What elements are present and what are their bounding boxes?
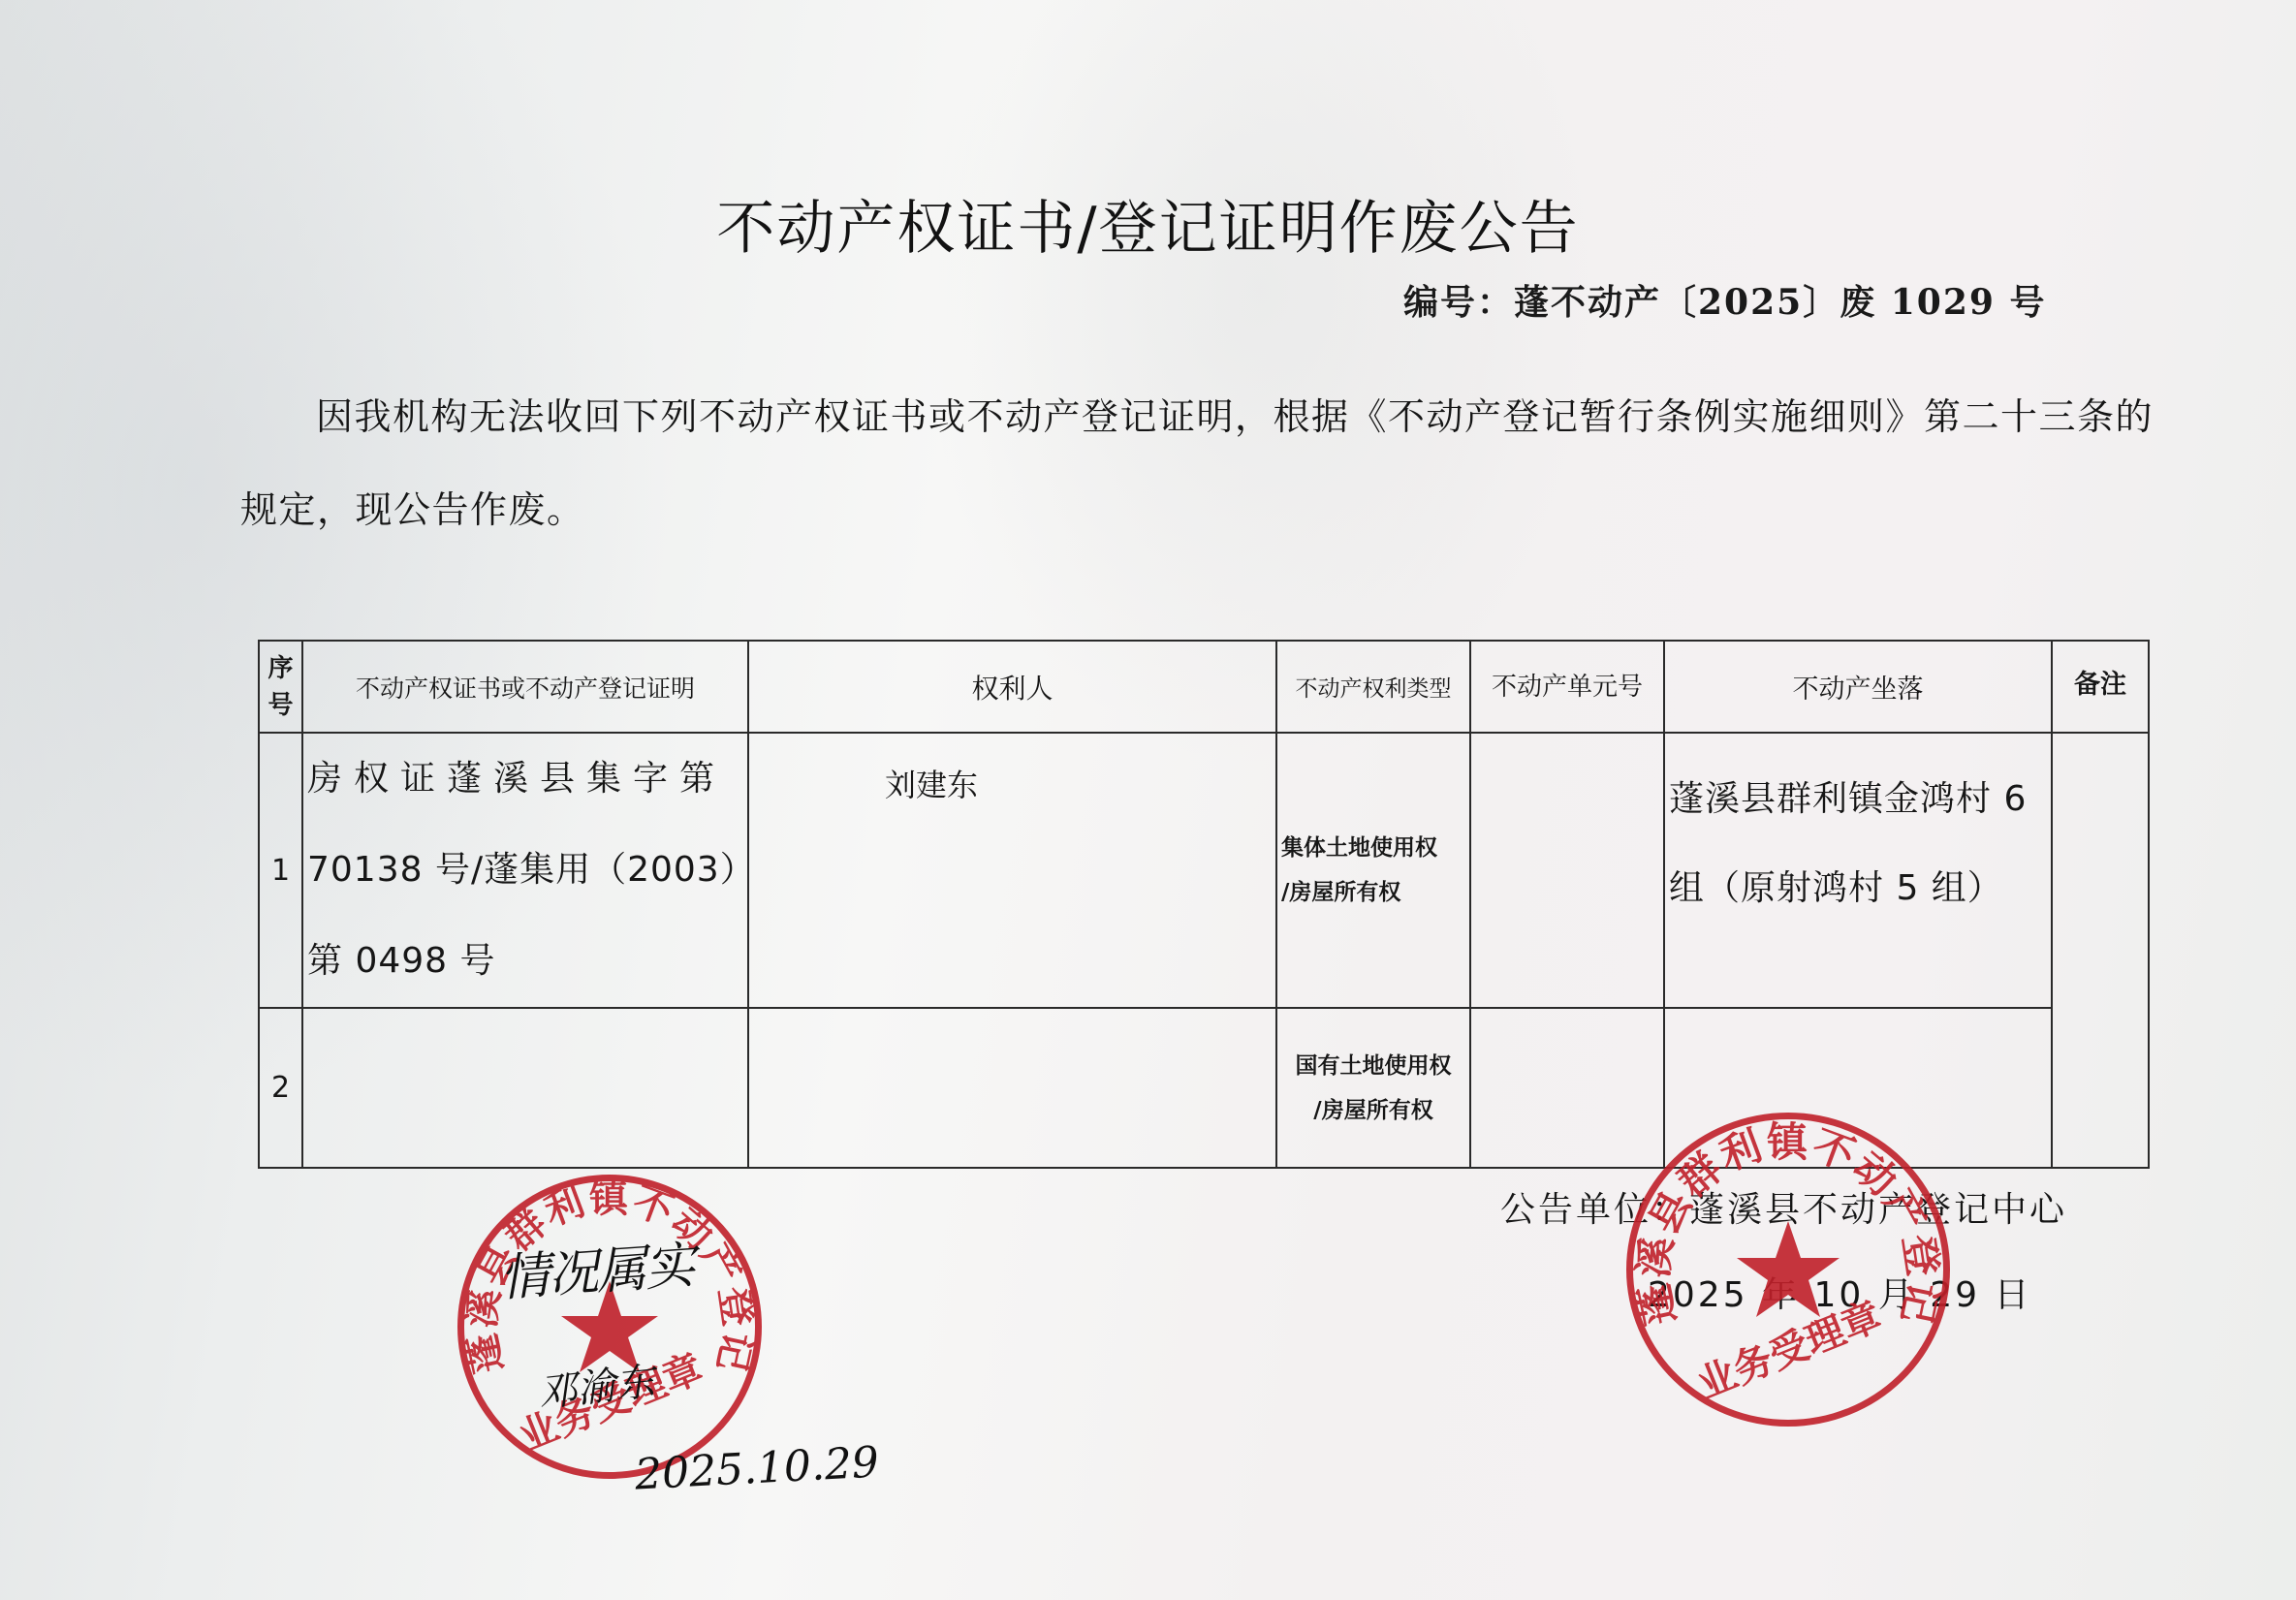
- table-row: 1 房权证蓬溪县集字第 70138 号/蓬集用（2003） 第 0498 号 刘…: [259, 733, 2149, 1008]
- row2-right-type-line1: 国有土地使用权: [1277, 1044, 1469, 1088]
- header-seq-text: 序号: [267, 650, 296, 724]
- header-seq: 序号: [259, 641, 302, 733]
- row1-location: 蓬溪县群利镇金鸿村 6 组（原射鸿村 5 组）: [1664, 733, 2052, 1008]
- row2-right-type: 国有土地使用权 /房屋所有权: [1276, 1008, 1470, 1168]
- header-certificate: 不动产权证书或不动产登记证明: [302, 641, 748, 733]
- title-text: 不动产权证书/登记证明作废公告: [716, 195, 1579, 263]
- row1-certificate-line3: 第 0498 号: [307, 916, 747, 1007]
- notice-paragraph: 因我机构无法收回下列不动产权证书或不动产登记证明，根据《不动产登记暂行条例实施细…: [240, 370, 2179, 556]
- table-header-row: 序号 不动产权证书或不动产登记证明 权利人 不动产权利类型 不动产单元号 不动产…: [259, 641, 2149, 733]
- row1-location-line2: 组（原射鸿村 5 组）: [1669, 844, 2051, 933]
- official-seal-right: 蓬溪县群利镇不动产登记 业务受理章: [1626, 1113, 1950, 1427]
- row2-holder: [748, 1008, 1276, 1168]
- row1-certificate-line2: 70138 号/蓬集用（2003）: [307, 825, 747, 916]
- row1-seq: 1: [259, 733, 302, 1008]
- row2-right-type-line2: /房屋所有权: [1277, 1088, 1469, 1133]
- header-location: 不动产坐落: [1664, 641, 2052, 733]
- row1-right-type-line1: 集体土地使用权: [1281, 826, 1469, 870]
- handwritten-note: 情况属实: [497, 1224, 696, 1310]
- row2-certificate: [302, 1008, 748, 1168]
- header-holder: 权利人: [748, 641, 1276, 733]
- row2-seq: 2: [259, 1008, 302, 1168]
- header-unit-no: 不动产单元号: [1470, 641, 1664, 733]
- remark-cell: [2052, 733, 2149, 1168]
- page-title: 不动产权证书/登记证明作废公告: [0, 182, 2296, 266]
- row1-right-type-line2: /房屋所有权: [1281, 870, 1469, 915]
- row1-certificate-line1: 房权证蓬溪县集字第: [307, 734, 747, 825]
- row1-right-type: 集体土地使用权 /房屋所有权: [1276, 733, 1470, 1008]
- void-certificate-table: 序号 不动产权证书或不动产登记证明 权利人 不动产权利类型 不动产单元号 不动产…: [258, 640, 2150, 1169]
- row1-location-line1: 蓬溪县群利镇金鸿村 6: [1669, 755, 2051, 844]
- row1-holder: 刘建东: [748, 733, 1276, 1008]
- header-remark: 备注: [2052, 641, 2149, 733]
- row1-unit-no: [1470, 733, 1664, 1008]
- official-seal-left: 蓬溪县群利镇不动产登记 业务受理章: [457, 1175, 762, 1479]
- row1-certificate: 房权证蓬溪县集字第 70138 号/蓬集用（2003） 第 0498 号: [302, 733, 748, 1008]
- document-number: 编号：蓬不动产〔2025〕废 1029 号: [1403, 275, 2046, 325]
- header-right-type: 不动产权利类型: [1276, 641, 1470, 733]
